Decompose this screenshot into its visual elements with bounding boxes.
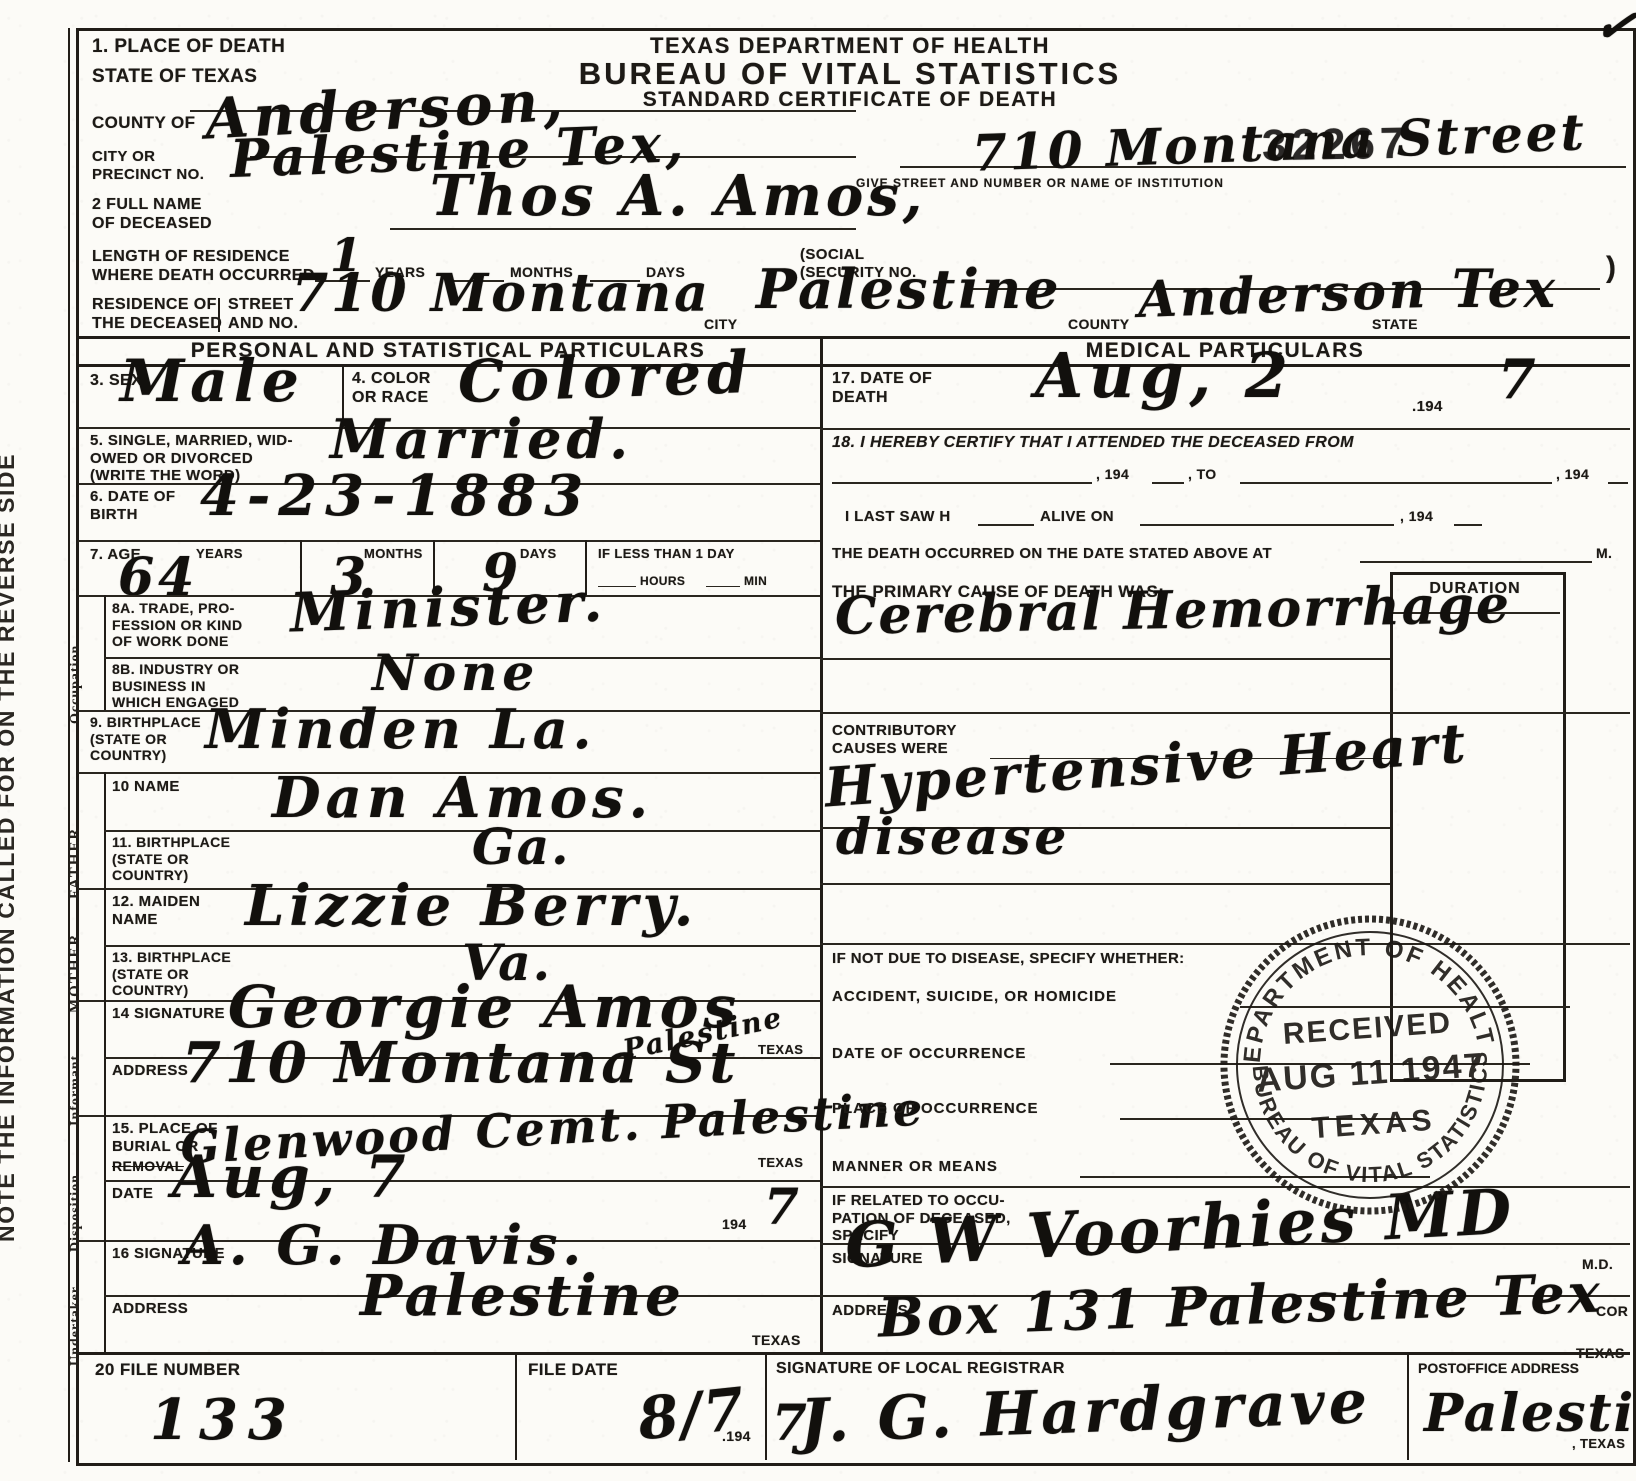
if-not-label: IF NOT DUE TO DISEASE, SPECIFY WHETHER:: [832, 950, 1185, 968]
dod-label: 17. DATE OF DEATH: [832, 370, 932, 408]
burial-date-label: DATE: [112, 1185, 153, 1203]
certify-194a: , 194: [1096, 466, 1129, 483]
last-saw-label: I LAST SAW H: [845, 508, 951, 526]
hours-label: HOURS: [640, 574, 685, 588]
disposition-strip-line: [104, 1115, 106, 1240]
street-and-no-label: STREET AND NO.: [228, 296, 298, 334]
certify-label: 18. I HEREBY CERTIFY THAT I ATTENDED THE…: [832, 434, 1354, 453]
sex-value: Male: [120, 352, 305, 410]
dob-label: 6. DATE OF BIRTH: [90, 488, 175, 523]
min-label: MIN: [744, 574, 767, 588]
father-name-value: Dan Amos.: [272, 770, 653, 826]
occupation-side-label: Occupation: [68, 645, 84, 724]
residence-state-label: STATE: [1372, 316, 1418, 333]
registrar-value: J. G. Hardgrave: [799, 1372, 1372, 1452]
footer-top-line: [76, 1352, 1630, 1355]
margin-note: NOTE THE INFORMATION CALLED FOR ON THE R…: [0, 453, 20, 1242]
dod-year-printed: .194: [1412, 398, 1443, 416]
undertaker-state-label: TEXAS: [752, 1332, 801, 1349]
color-label: 4. COLOR OR RACE: [352, 370, 431, 408]
med-line-1: [820, 428, 1630, 430]
maiden-value: Lizzie Berry.: [245, 878, 698, 934]
burial-year-printed: 194: [722, 1216, 747, 1233]
certify-rule-1: [832, 482, 1092, 484]
min-rule: [706, 586, 740, 587]
death-occurred-rule: [1360, 561, 1592, 563]
checkmark: ✓: [1590, 0, 1636, 56]
residence-street-value: 710 Montana: [292, 268, 711, 320]
file-number-label: 20 FILE NUMBER: [95, 1360, 240, 1380]
received-stamp: DEPARTMENT OF HEALTH RECEIVED AUG 11 194…: [1204, 898, 1535, 1234]
occupation-strip-line: [104, 595, 106, 710]
certify-rule-3: [1240, 482, 1552, 484]
age-note-label: IF LESS THAN 1 DAY: [598, 546, 735, 561]
informant-sig-label: 14 SIGNATURE: [112, 1005, 225, 1023]
burial-state-label: TEXAS: [758, 1155, 803, 1170]
footer-divider-2: [765, 1352, 767, 1460]
father-birthplace-label: 11. BIRTHPLACE (STATE OR COUNTRY): [112, 834, 230, 884]
po-label: POSTOFFICE ADDRESS: [1418, 1360, 1579, 1377]
alive-on-label: ALIVE ON: [1040, 508, 1114, 526]
death-certificate-scan: NOTE THE INFORMATION CALLED FOR ON THE R…: [0, 0, 1636, 1481]
residence-divider: [218, 298, 220, 332]
footer-divider-1: [515, 1352, 517, 1460]
maiden-label: 12. MAIDEN NAME: [112, 893, 200, 928]
certify-rule-2: [1152, 482, 1184, 484]
burial-year-value: 7: [764, 1182, 801, 1232]
file-number-value: 133: [150, 1392, 297, 1448]
po-state-label: , TEXAS: [1572, 1436, 1625, 1451]
place-of-death-label: 1. PLACE OF DEATH: [92, 36, 285, 58]
residence-of-label: RESIDENCE OF THE DECEASED: [92, 296, 222, 334]
manner-label: MANNER OR MEANS: [832, 1158, 998, 1176]
residence-city-value: Palestine: [756, 262, 1062, 316]
age-months-label: MONTHS: [364, 546, 423, 561]
city-precinct-label: CITY OR PRECINCT NO.: [92, 148, 204, 183]
row-line-3: [78, 540, 820, 542]
file-date-label: FILE DATE: [528, 1360, 618, 1380]
registrar-label: SIGNATURE OF LOCAL REGISTRAR: [776, 1360, 1065, 1379]
dod-year-value: 7: [1498, 352, 1538, 406]
header-standard: STANDARD CERTIFICATE OF DEATH: [520, 88, 1180, 112]
father-name-label: 10 NAME: [112, 778, 180, 796]
header-bureau: BUREAU OF VITAL STATISTICS: [500, 56, 1200, 92]
last-saw-rule-2: [1140, 524, 1394, 526]
informant-addr-label: ADDRESS: [112, 1062, 188, 1080]
certify-to: , TO: [1188, 466, 1217, 483]
accident-label: ACCIDENT, SUICIDE, OR HOMICIDE: [832, 988, 1117, 1006]
residence-state-value: Tex: [1452, 264, 1558, 316]
certify-194b: , 194: [1556, 466, 1589, 483]
trade-value: Minister.: [289, 574, 608, 639]
undertaker-addr-label: ADDRESS: [112, 1300, 188, 1318]
mother-strip-line: [104, 888, 106, 1000]
dob-value: 4-23-1883: [200, 468, 591, 524]
undertaker-addr-value: Palestine: [360, 1268, 685, 1324]
titles-bottom-line: [76, 364, 1630, 367]
date-occ-label: DATE OF OCCURRENCE: [832, 1045, 1026, 1063]
age-days-label: DAYS: [520, 546, 557, 561]
residence-county-label: COUNTY: [1068, 316, 1130, 333]
mother-birthplace-label: 13. BIRTHPLACE (STATE OR COUNTRY): [112, 949, 231, 999]
contrib-value-2: disease: [836, 812, 1070, 862]
marital-value: Married.: [330, 412, 633, 466]
birthplace-value: Minden La.: [205, 702, 596, 756]
burial-date-value: Aug, 7: [172, 1148, 410, 1206]
age-years-label: YEARS: [196, 546, 243, 561]
med-line-5: [820, 883, 1390, 885]
color-value: Colored: [457, 343, 754, 411]
primary-cause-value: Cerebral Hemorrhage: [835, 579, 1512, 643]
last-saw-rule-3: [1454, 524, 1482, 526]
death-occurred-label: THE DEATH OCCURRED ON THE DATE STATED AB…: [832, 545, 1272, 563]
full-name-label: 2 FULL NAME OF DECEASED: [92, 196, 212, 234]
residence-length-label: LENGTH OF RESIDENCE WHERE DEATH OCCURRED: [92, 248, 315, 286]
informant-state-label: TEXAS: [758, 1042, 803, 1057]
stamp-date: AUG 11 1947: [1255, 1046, 1485, 1100]
stamp-received: RECEIVED: [1282, 1006, 1453, 1051]
residence-city-label: CITY: [704, 316, 738, 333]
file-year-printed: .194: [722, 1428, 751, 1445]
stamp-state: TEXAS: [1311, 1104, 1438, 1146]
med-line-2: [820, 658, 1390, 660]
industry-value: None: [372, 648, 539, 698]
birthplace-label: 9. BIRTHPLACE (STATE OR COUNTRY): [90, 714, 201, 764]
ssn-close-paren: ): [1606, 250, 1616, 285]
m-label: M.: [1596, 545, 1612, 562]
footer-divider-3: [1407, 1352, 1409, 1460]
med-line-3: [820, 712, 1630, 714]
last-saw-194: , 194: [1400, 508, 1433, 525]
trade-label: 8A. TRADE, PRO- FESSION OR KIND OF WORK …: [112, 600, 242, 650]
dod-value: Aug, 2: [1035, 345, 1294, 407]
po-value: Palestine: [1424, 1388, 1636, 1440]
last-saw-rule-1: [978, 524, 1034, 526]
place-occ-label: PLACE OF OCCURRENCE: [832, 1100, 1039, 1118]
full-name-value: Thos A. Amos,: [430, 168, 926, 224]
column-divider: [820, 336, 823, 1352]
row-line-8: [104, 830, 820, 832]
father-birthplace-value: Ga.: [472, 822, 571, 872]
county-label: COUNTY OF: [92, 113, 195, 133]
certify-rule-4: [1608, 482, 1628, 484]
